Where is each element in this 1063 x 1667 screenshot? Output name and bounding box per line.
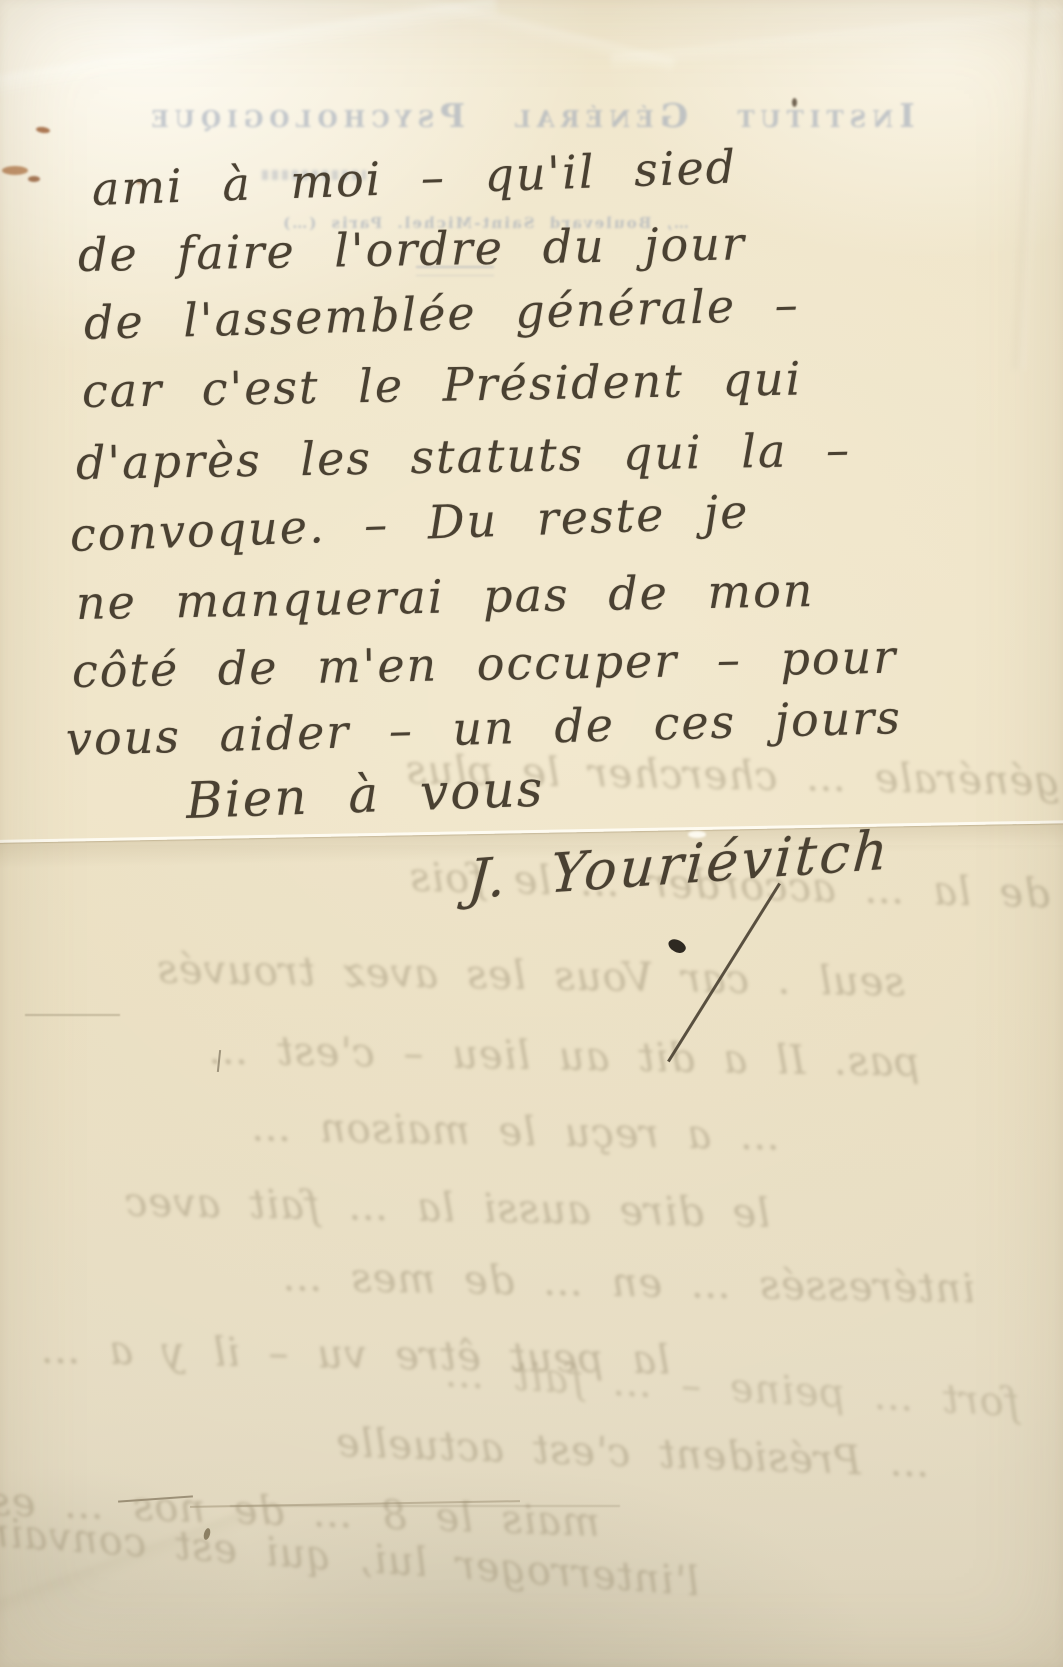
bleedthrough-rule: [230, 1505, 620, 1507]
bleedthrough-underline: [25, 1014, 120, 1016]
rust-stain-2: [2, 166, 28, 175]
letterhead-title-bleedthrough: Institut Général Psychologique: [55, 96, 1005, 135]
handwritten-line: de faire l'ordre du jour: [78, 216, 747, 282]
bleedthrough-line: générale … chercher le plus: [620, 751, 1061, 805]
paper-crease-right-edge: [1012, 0, 1046, 370]
ink-blot: [666, 936, 688, 956]
rust-stain-1: [36, 126, 51, 134]
handwritten-line: ne manquerai pas de mon: [76, 563, 815, 630]
handwritten-line: d'après les statuts qui la –: [76, 422, 852, 490]
paper-crease-topright: [610, 5, 1063, 73]
bleedthrough-line: pas. Il a dit au lieu – c'est …: [20, 1024, 921, 1086]
paper-crease-topleft: [0, 0, 498, 106]
bleedthrough-line: … Président c'est actuelle: [29, 1409, 930, 1486]
bleedthrough-line: … a reçu le maison …: [140, 1102, 781, 1159]
handwritten-line: de l'assemblée générale –: [83, 277, 800, 350]
bleedthrough-line: intéressés … en … de mes …: [25, 1250, 976, 1313]
bleedthrough-line: seul . car Vous les avez trouvés: [25, 944, 906, 1005]
handwritten-line: convoque. – Du reste je: [69, 484, 750, 562]
rust-stain-3: [28, 176, 40, 182]
handwritten-line: côté de m'en occuper – pour: [72, 630, 898, 698]
paper-crease-topcenter: [264, 0, 675, 75]
handwritten-line: car c'est le Président qui: [82, 351, 803, 418]
letter-page: Institut Général Psychologique …, Boulev…: [0, 0, 1063, 1667]
closing-line: Bien à vous: [185, 760, 545, 830]
handwritten-line: ami à moi – qu'il sied: [91, 139, 738, 215]
bleedthrough-line: le dire aussi la … fait avec: [100, 1179, 771, 1237]
